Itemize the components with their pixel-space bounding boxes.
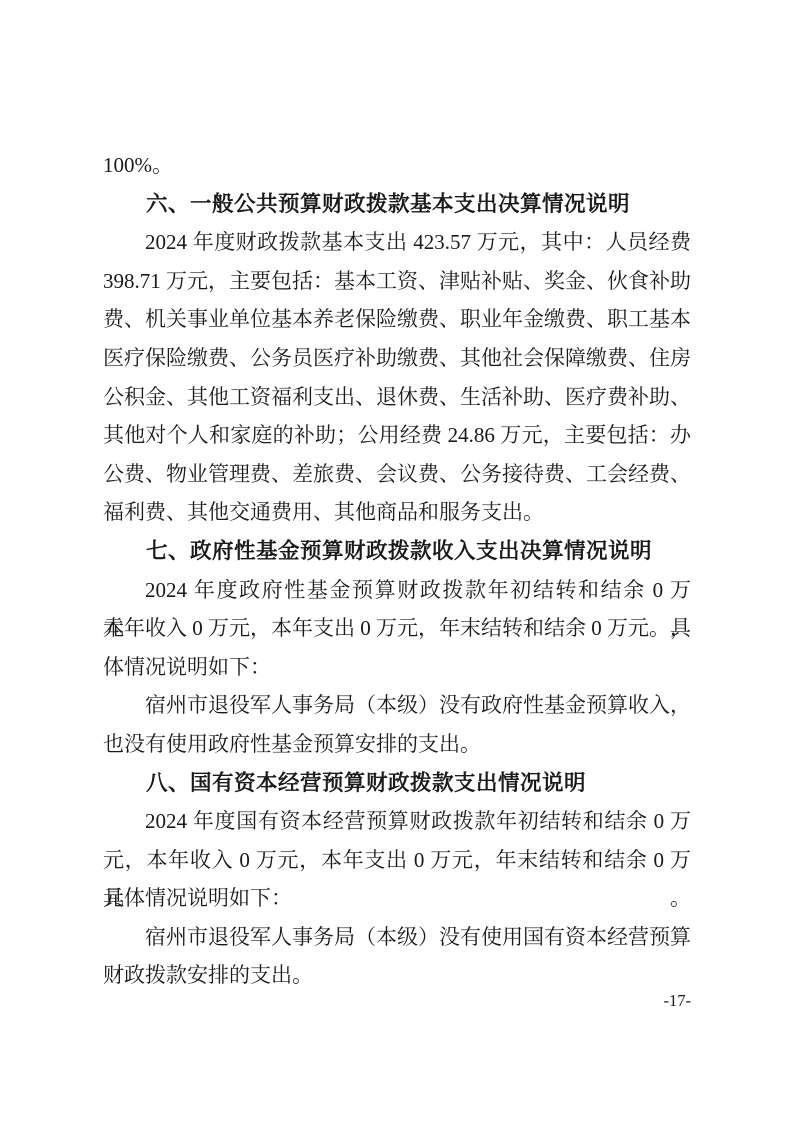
- paragraph-continuation-line: 100%。: [103, 146, 691, 185]
- paragraph-line: 398.71 万元，主要包括：基本工资、津贴补贴、奖金、伙食补助: [103, 262, 691, 301]
- document-page: 100%。 六、一般公共预算财政拨款基本支出决算情况说明 2024 年度财政拨款…: [0, 0, 793, 1122]
- paragraph-line: 2024 年度政府性基金预算财政拨款年初结转和结余 0 万元，: [103, 571, 691, 610]
- heading-section-6: 六、一般公共预算财政拨款基本支出决算情况说明: [103, 185, 691, 224]
- paragraph-line: 公费、物业管理费、差旅费、会议费、公务接待费、工会经费、: [103, 455, 691, 494]
- paragraph-last-line: 体情况说明如下：: [103, 648, 691, 687]
- page-number: -17-: [103, 991, 691, 1011]
- paragraph-last-line: 福利费、其他交通费用、其他商品和服务支出。: [103, 493, 691, 532]
- paragraph-line: 2024 年度财政拨款基本支出 423.57 万元，其中：人员经费: [103, 223, 691, 262]
- paragraph-line: 2024 年度国有资本经营预算财政拨款年初结转和结余 0 万: [103, 802, 691, 841]
- paragraph-last-line: 也没有使用政府性基金预算安排的支出。: [103, 725, 691, 764]
- heading-section-7: 七、政府性基金预算财政拨款收入支出决算情况说明: [103, 532, 691, 571]
- paragraph-line: 公积金、其他工资福利支出、退休费、生活补助、医疗费补助、: [103, 378, 691, 417]
- paragraph-line: 本年收入 0 万元，本年支出 0 万元，年末结转和结余 0 万元。具: [103, 609, 691, 648]
- paragraph-line: 元，本年收入 0 万元，本年支出 0 万元，年末结转和结余 0 万元。: [103, 841, 691, 880]
- heading-section-8: 八、国有资本经营预算财政拨款支出情况说明: [103, 764, 691, 803]
- paragraph-line: 医疗保险缴费、公务员医疗补助缴费、其他社会保障缴费、住房: [103, 339, 691, 378]
- paragraph-line: 宿州市退役军人事务局（本级）没有政府性基金预算收入，: [103, 686, 691, 725]
- paragraph-line: 其他对个人和家庭的补助；公用经费 24.86 万元，主要包括：办: [103, 416, 691, 455]
- document-body: 100%。 六、一般公共预算财政拨款基本支出决算情况说明 2024 年度财政拨款…: [103, 146, 691, 995]
- paragraph-line: 宿州市退役军人事务局（本级）没有使用国有资本经营预算: [103, 918, 691, 957]
- paragraph-line: 费、机关事业单位基本养老保险缴费、职业年金缴费、职工基本: [103, 300, 691, 339]
- paragraph-last-line: 财政拨款安排的支出。: [103, 956, 691, 995]
